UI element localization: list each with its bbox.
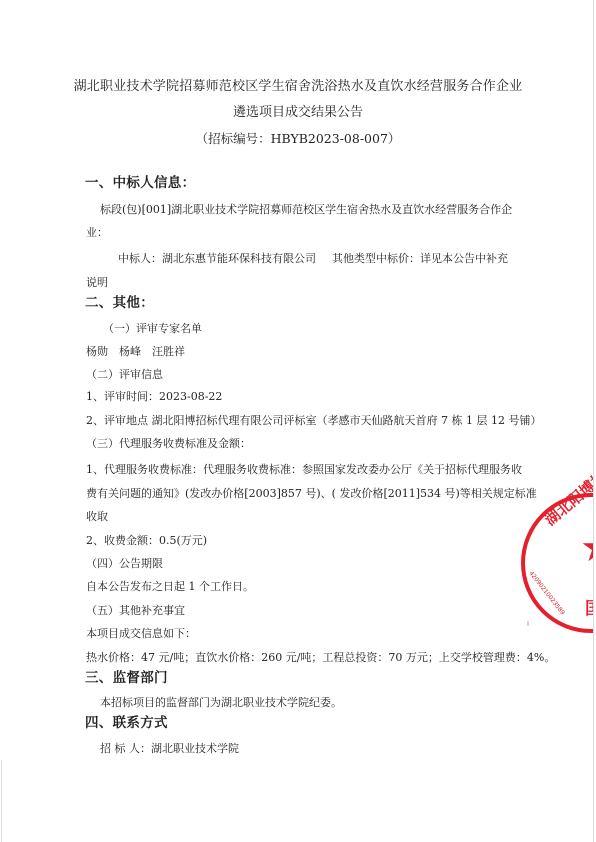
seal-arc-text: 湖北阳博招 [540, 466, 593, 530]
fee-standard-line-2: 费有关问题的通知》(发改办价格[2003]857 号)、( 发改价格[2011]… [86, 487, 537, 501]
winning-price: 其他类型中标价：详见本公告中补充 [332, 252, 508, 266]
subsection-supplementary: （五）其他补充事宜 [86, 604, 185, 618]
tender-code: （招标编号：HBYB2023-08-007） [0, 126, 596, 152]
lot-description-continued: 业： [86, 226, 108, 240]
notice-period-content: 自本公告发布之日起 1 个工作日。 [86, 580, 254, 594]
tenderer-contact: 招 标 人：湖北职业技术学院 [100, 742, 239, 756]
review-time: 1、评审时间：2023-08-22 [86, 390, 222, 404]
section-heading-winner-info: 一、中标人信息： [85, 176, 195, 190]
star-icon: ★ [580, 528, 593, 568]
seal-serial-number: 4209021002358​9 [527, 570, 565, 616]
section-heading-supervision: 三、监督部门 [85, 671, 168, 685]
fee-amount: 2、收费金额：0.5(万元) [86, 534, 207, 548]
deal-info-details: 热水价格：47 元/吨；直饮水价格：260 元/吨；工程总投资：70 万元；上交… [86, 651, 555, 665]
expert-names: 杨勋 杨峰 汪胜祥 [86, 345, 185, 359]
title-line-2: 遴选项目成交结果公告 [0, 100, 596, 126]
seal-ring [521, 493, 593, 633]
seal-bottom-char: 国 [585, 594, 593, 619]
supervision-content: 本招标项目的监督部门为湖北职业技术学院纪委。 [100, 696, 342, 710]
review-location: 2、评审地点 湖北阳博招标代理有限公司评标室（孝感市天仙路航天首府 7 栋 1 … [86, 414, 541, 428]
section-heading-contact: 四、联系方式 [85, 716, 168, 730]
section-heading-other: 二、其他： [85, 296, 154, 310]
lot-description: 标段(包)[001]湖北职业技术学院招募师范校区学生宿舍热水及直饮水经营服务合作… [100, 203, 512, 217]
subsection-expert-list: （一）评审专家名单 [103, 322, 202, 336]
fee-standard-line-1: 1、代理服务收费标准：代理服务收费标准：参照国家发改委办公厅《关于招标代理服务收 [86, 463, 522, 477]
winning-price-continued: 说明 [86, 276, 108, 290]
winner-name: 中标人：湖北东惠节能环保科技有限公司 [118, 252, 316, 266]
page-edge [1, 760, 2, 842]
document-title: 湖北职业技术学院招募师范校区学生宿舍洗浴热水及直饮水经营服务合作企业 遴选项目成… [0, 74, 596, 152]
subsection-fee-standard: （三）代理服务收费标准及金额： [86, 437, 251, 451]
subsection-review-info: （二）评审信息 [86, 368, 163, 382]
deal-info-intro: 本项目成交信息如下： [86, 627, 196, 641]
title-line-1: 湖北职业技术学院招募师范校区学生宿舍洗浴热水及直饮水经营服务合作企业 [0, 74, 596, 100]
fee-standard-line-3: 收取 [86, 510, 108, 524]
scan-speck [527, 621, 529, 626]
subsection-notice-period: （四）公告期限 [86, 557, 163, 571]
